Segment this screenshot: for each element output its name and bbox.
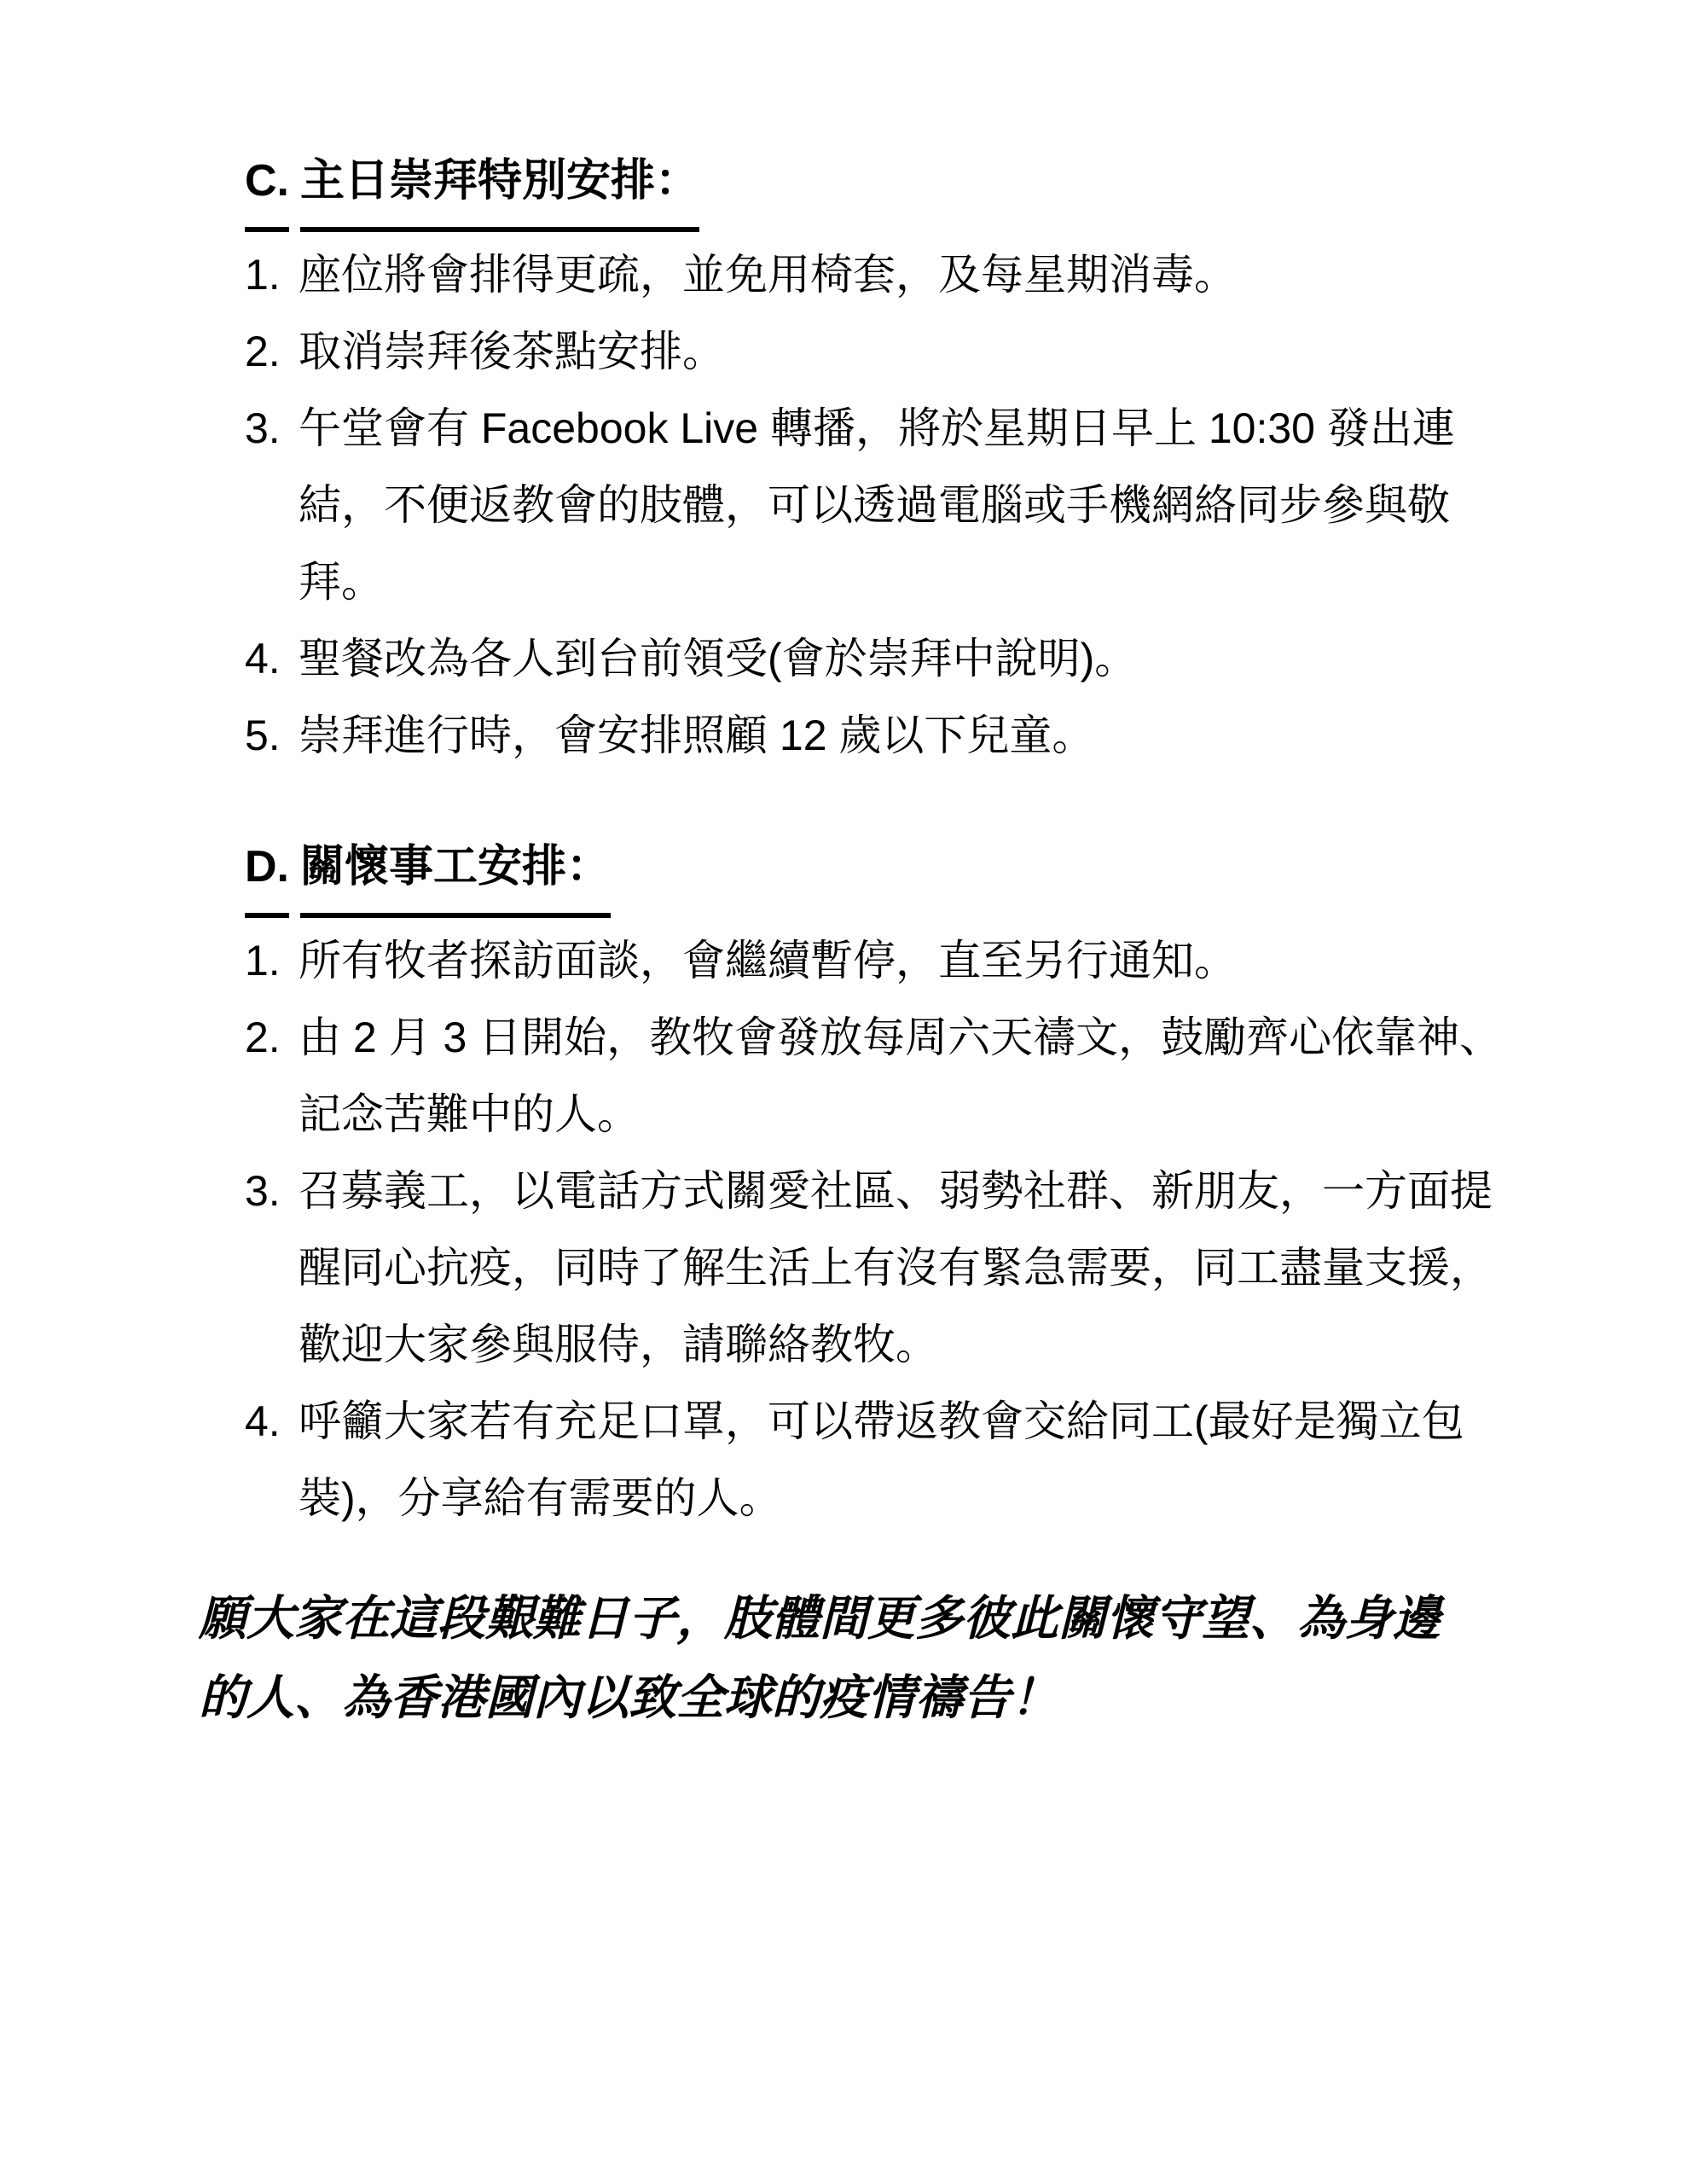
item-text: 所有牧者探訪面談，會繼續暫停，直至另行通知。 xyxy=(299,922,1507,999)
list-item: 4. 呼籲大家若有充足口罩，可以帶返教會交給同工(最好是獨立包裝)，分享給有需要… xyxy=(245,1383,1507,1536)
announcement-document: C.主日崇拜特別安排： 1. 座位將會排得更疏，並免用椅套，及每星期消毒。 2.… xyxy=(0,0,1687,1785)
section-c-heading: C.主日崇拜特別安排： xyxy=(245,141,1585,232)
item-text: 取消崇拜後茶點安排。 xyxy=(299,313,1507,390)
item-text: 召募義工，以電話方式關愛社區、弱勢社群、新朋友，一方面提醒同心抗疫，同時了解生活… xyxy=(299,1153,1507,1383)
item-number: 1. xyxy=(245,236,299,313)
item-text: 呼籲大家若有充足口罩，可以帶返教會交給同工(最好是獨立包裝)，分享給有需要的人。 xyxy=(299,1383,1507,1536)
list-item: 2. 由 2 月 3 日開始，教牧會發放每周六天禱文，鼓勵齊心依靠神、記念苦難中… xyxy=(245,999,1507,1153)
section-care-ministry: D.關懷事工安排： 1. 所有牧者探訪面談，會繼續暫停，直至另行通知。 2. 由… xyxy=(199,827,1585,1536)
section-d-title: 關懷事工安排： xyxy=(300,827,611,918)
item-text: 座位將會排得更疏，並免用椅套，及每星期消毒。 xyxy=(299,236,1507,313)
item-number: 4. xyxy=(245,1383,299,1536)
closing-prayer-paragraph: 願大家在這段艱難日子，肢體間更多彼此關懷守望、為身邊的人、為香港國內以致全球的疫… xyxy=(199,1578,1478,1737)
item-number: 2. xyxy=(245,313,299,390)
item-number: 1. xyxy=(245,922,299,999)
list-item: 4. 聖餐改為各人到台前領受(會於崇拜中說明)。 xyxy=(245,620,1507,697)
item-number: 2. xyxy=(245,999,299,1153)
section-d-list: 1. 所有牧者探訪面談，會繼續暫停，直至另行通知。 2. 由 2 月 3 日開始… xyxy=(245,922,1507,1536)
list-item: 1. 所有牧者探訪面談，會繼續暫停，直至另行通知。 xyxy=(245,922,1507,999)
item-text: 崇拜進行時，會安排照顧 12 歲以下兒童。 xyxy=(299,697,1507,774)
section-sunday-worship: C.主日崇拜特別安排： 1. 座位將會排得更疏，並免用椅套，及每星期消毒。 2.… xyxy=(199,141,1585,774)
list-item: 2. 取消崇拜後茶點安排。 xyxy=(245,313,1507,390)
section-d-heading: D.關懷事工安排： xyxy=(245,827,1585,918)
item-number: 3. xyxy=(245,1153,299,1383)
list-item: 3. 午堂會有 Facebook Live 轉播，將於星期日早上 10:30 發… xyxy=(245,390,1507,620)
item-text: 由 2 月 3 日開始，教牧會發放每周六天禱文，鼓勵齊心依靠神、記念苦難中的人。 xyxy=(299,999,1507,1153)
list-item: 1. 座位將會排得更疏，並免用椅套，及每星期消毒。 xyxy=(245,236,1507,313)
section-c-list: 1. 座位將會排得更疏，並免用椅套，及每星期消毒。 2. 取消崇拜後茶點安排。 … xyxy=(245,236,1507,774)
item-text: 聖餐改為各人到台前領受(會於崇拜中說明)。 xyxy=(299,620,1507,697)
item-number: 5. xyxy=(245,697,299,774)
item-number: 3. xyxy=(245,390,299,620)
item-number: 4. xyxy=(245,620,299,697)
list-item: 3. 召募義工，以電話方式關愛社區、弱勢社群、新朋友，一方面提醒同心抗疫，同時了… xyxy=(245,1153,1507,1383)
list-item: 5. 崇拜進行時，會安排照顧 12 歲以下兒童。 xyxy=(245,697,1507,774)
section-d-letter: D. xyxy=(245,827,289,918)
section-c-title: 主日崇拜特別安排： xyxy=(300,141,699,232)
section-c-letter: C. xyxy=(245,141,289,232)
item-text: 午堂會有 Facebook Live 轉播，將於星期日早上 10:30 發出連結… xyxy=(299,390,1507,620)
